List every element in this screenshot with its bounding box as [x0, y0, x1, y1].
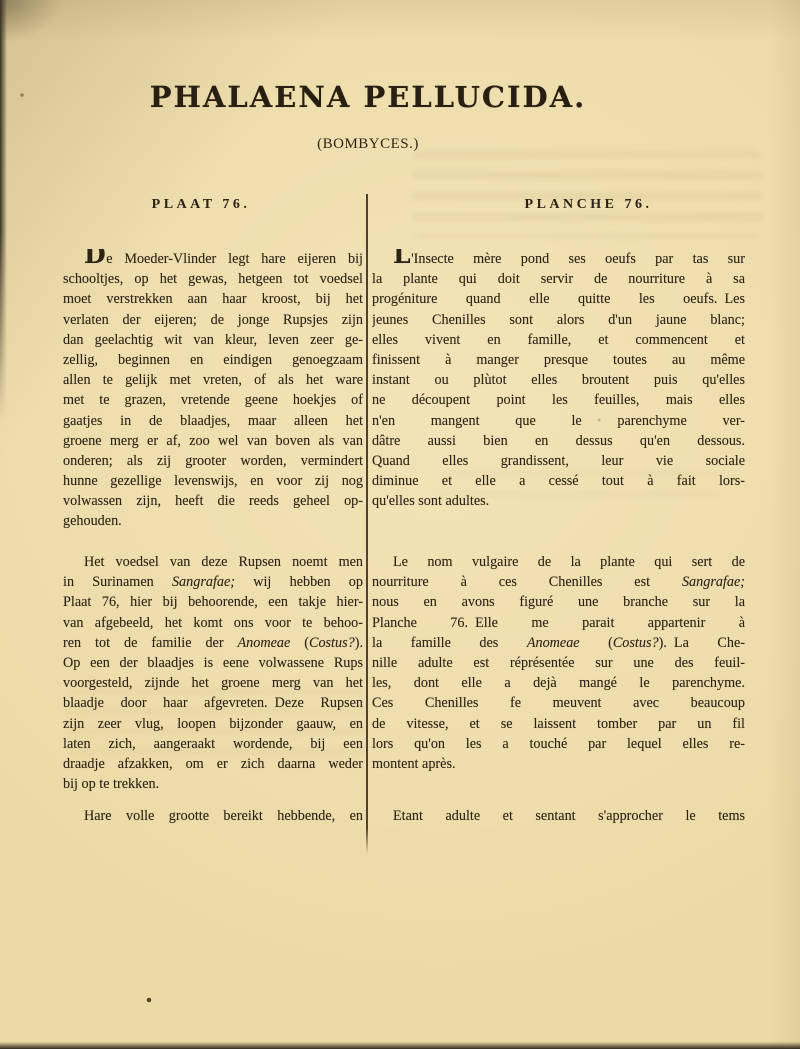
text-line: met te grazen, vretende geene hoekjes of	[63, 390, 363, 410]
text-line: Op een der blaadjes is eene volwassene R…	[63, 653, 363, 673]
text-line: hunne gezellige levenswijs, en voor zij …	[63, 471, 363, 491]
text-line: nous en avons figuré une branche sur la	[372, 592, 745, 612]
text-line: onderen; als zij grooter worden, vermind…	[63, 451, 363, 471]
text-line: zellig, beginnen en eindigen genoegzaam	[63, 350, 363, 370]
column-divider-rule	[366, 194, 368, 854]
text-line: finissent à manger presque toutes au mêm…	[372, 350, 745, 370]
text-line: Plaat 76, hier bij behoorende, een takje…	[63, 592, 363, 612]
text-line: groene merg er af, zoo wel van boven als…	[63, 431, 363, 451]
scan-corner-shadow	[0, 0, 90, 60]
text-line: nille adulte est réprésentée sur une des…	[372, 653, 745, 673]
text-line: dan geelachtig wit van kleur, leven zeer…	[63, 330, 363, 350]
text-line: L'Insecte mère pond ses oeufs par tas su…	[372, 249, 745, 269]
text-line: ren tot de familie der Anomeae (Costus?)…	[63, 633, 363, 653]
text-line: Hare volle grootte bereikt hebbende, en	[63, 806, 363, 826]
show-through-smudge	[412, 150, 762, 238]
right-column-header: PLANCHE 76.	[402, 197, 775, 213]
text-line: draadje afzakken, om er zich daarna wede…	[63, 754, 363, 774]
text-line: progéniture quand elle quitte les oeufs.…	[372, 289, 745, 309]
text-line: van afgebeeld, het komt ons voor te beho…	[63, 613, 363, 633]
text-line: jeunes Chenilles sont alors d'un jaune b…	[372, 310, 745, 330]
paragraph: De Moeder-Vlinder legt hare eijeren bijs…	[63, 249, 363, 532]
text-line: laten zich, aangeraakt wordende, bij een	[63, 734, 363, 754]
text-line: De Moeder-Vlinder legt hare eijeren bij	[63, 249, 363, 269]
text-line: montent après.	[372, 754, 745, 774]
text-line: gaatjes in de blaadjes, maar alleen het	[63, 411, 363, 431]
drop-cap: L	[393, 249, 411, 269]
text-line: Quand elles grandissent, leur vie social…	[372, 451, 745, 471]
text-line: n'en mangent que le parenchyme ver-	[372, 411, 745, 431]
text-line: verlaten der eijeren; de jonge Rupsjes z…	[63, 310, 363, 330]
text-line: Le nom vulgaire de la plante qui sert de	[372, 552, 745, 572]
text-line: voorgesteld, zijnde het groene merg van …	[63, 673, 363, 693]
left-column-dutch-text: De Moeder-Vlinder legt hare eijeren bijs…	[63, 249, 363, 849]
text-line: schooltjes, op het gewas, hetgeen tot vo…	[63, 269, 363, 289]
text-line: blaadje door haar afgevreten. Deze Rupse…	[63, 693, 363, 713]
text-line: nourriture à ces Chenilles est Sangrafae…	[372, 572, 745, 592]
text-line: volwassen zijn, heeft die reeds geheel o…	[63, 491, 363, 511]
paragraph: Hare volle grootte bereikt hebbende, en	[63, 806, 363, 826]
book-page-scan: PHALAENA PELLUCIDA. (BOMBYCES.) PLAAT 76…	[0, 0, 800, 1049]
text-line: la plante qui doit servir de nourriture …	[372, 269, 745, 289]
text-line: Planche 76. Elle me parait appartenir à	[372, 613, 745, 633]
text-line: Etant adulte et sentant s'approcher le t…	[372, 806, 745, 826]
text-line: de vitesse, et se laissent tomber par un…	[372, 714, 745, 734]
text-line: les, dont elle a dejà mangé le parenchym…	[372, 673, 745, 693]
page-title: PHALAENA PELLUCIDA.	[18, 80, 718, 114]
text-line: instant ou plùtot elles broutent puis qu…	[372, 370, 745, 390]
text-line: diminue et elle a cessé tout à fait lors…	[372, 471, 745, 491]
paragraph: Etant adulte et sentant s'approcher le t…	[372, 806, 745, 826]
drop-cap: D	[84, 249, 106, 269]
paragraph: L'Insecte mère pond ses oeufs par tas su…	[372, 249, 745, 511]
right-column-french-text: L'Insecte mère pond ses oeufs par tas su…	[372, 249, 745, 849]
text-line: in Surinamen Sangrafae; wij hebben op	[63, 572, 363, 592]
paragraph: Le nom vulgaire de la plante qui sert de…	[372, 552, 745, 774]
text-line: qu'elles sont adultes.	[372, 491, 745, 511]
scan-edge-bottom	[0, 1041, 800, 1049]
text-line: la famille des Anomeae (Costus?). La Che…	[372, 633, 745, 653]
left-column-header: PLAAT 76.	[51, 197, 351, 213]
text-line: zijn zeer vlug, loopen bijzonder gaauw, …	[63, 714, 363, 734]
text-line: allen te gelijk met vreten, of als het w…	[63, 370, 363, 390]
text-line: moet verstrekken aan haar kroost, bij he…	[63, 289, 363, 309]
text-line: bij op te trekken.	[63, 774, 363, 794]
page-subtitle: (BOMBYCES.)	[18, 136, 718, 153]
text-line: Het voedsel van deze Rupsen noemt men	[63, 552, 363, 572]
text-line: lors qu'on les a touché par lequel elles…	[372, 734, 745, 754]
text-line: dâtre aussi bien en dessus qu'en dessous…	[372, 431, 745, 451]
text-line: ne découpent point les feuilles, mais el…	[372, 390, 745, 410]
text-line: elles vivent en famille, et commencent e…	[372, 330, 745, 350]
paper-specks	[0, 0, 2, 2]
paragraph: Het voedsel van deze Rupsen noemt menin …	[63, 552, 363, 794]
text-line: Ces Chenilles fe meuvent avec beaucoup	[372, 693, 745, 713]
scan-edge-left	[0, 0, 8, 420]
text-line: gehouden.	[63, 511, 363, 531]
